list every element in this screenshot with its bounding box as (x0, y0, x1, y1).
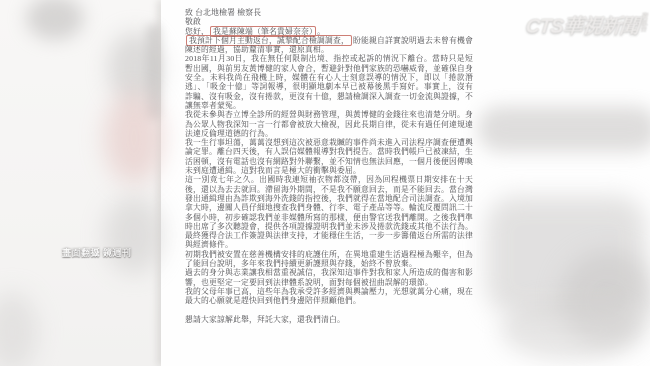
page-edge-shadow (146, 24, 160, 120)
blur-blob-pink (104, 92, 164, 184)
blur-blob (108, 32, 162, 104)
paragraph: 我一生行事坦蕩，萬萬沒想到這次被惡意栽贓的事件尚未進入司法程序調查便遭輿論定罪。… (185, 138, 473, 175)
paragraph: 過去的身分與志業讓我相當重視誠信，我深知這事件對我和家人所造成的傷害和影響，也更… (185, 268, 473, 287)
paragraph: 這一別竟七年之久。出國時我連短袖衣物都沒帶，因為回程機票日期安排在十天後，還以為… (185, 175, 473, 249)
blurred-logo-top-left (26, 0, 84, 40)
source-credit: 畫面翻攝 鏡週刊 (62, 246, 132, 259)
cts-channel-badge: 資訊台 (640, 14, 650, 34)
paragraph: 2018年11月30日，我在無任何限制出境、指控或起訴的情況下離台。當時只是短暫… (185, 54, 473, 110)
intro-paragraph: 我預計下個月主動返台，誠摯配合檢調調查，盼能親自詳實說明過去未曾有機會陳述的經過… (185, 36, 473, 55)
paragraph: 我從未參與杏立博全診所的經營與財務管理，與黃博健的金錢往來也清楚分明。身為公眾人… (185, 110, 473, 138)
recipient-line: 致 台北地檢署 檢察長 (185, 8, 473, 17)
cts-news-logo: CTS華視新聞 (524, 10, 640, 39)
blur-blob (104, 196, 164, 274)
channel-watermark: CTS華視新聞 資訊台 (525, 11, 650, 37)
paragraph: 初期我們被安置在慈善機構安排的庇護住所，在異地重建生活過程極為艱辛，但為了能回台… (185, 250, 473, 269)
paragraph: 我的父母年事已高，這些年為我承受許多經濟與輿論壓力，光想就萬分心痛，現在最大的心… (185, 287, 473, 306)
letter-body: 致 台北地檢署 檢察長 敬啟 您好，我是蘇陳端（筆名貴婦奈奈）。 我預計下個月主… (185, 8, 473, 324)
news-still-frame: 致 台北地檢署 檢察長 敬啟 您好，我是蘇陳端（筆名貴婦奈奈）。 我預計下個月主… (0, 0, 650, 366)
closing-line-partial: 懇請大家諒解此舉，拜託大家，還我們清白。 (185, 315, 473, 324)
blur-blob (0, 292, 38, 366)
